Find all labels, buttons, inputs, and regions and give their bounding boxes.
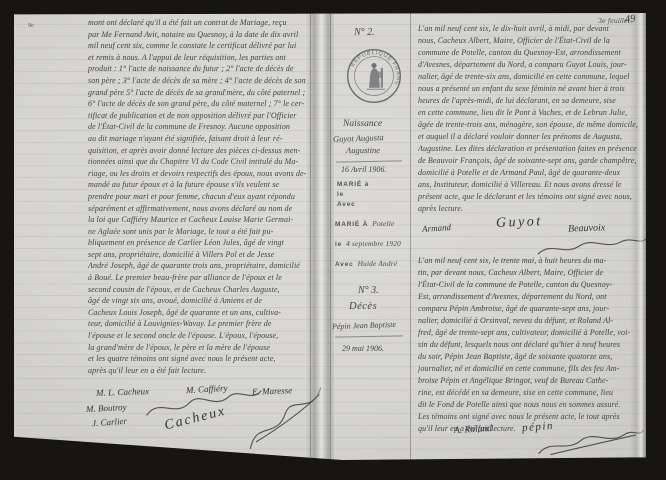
marriage-spouse: Huide André xyxy=(358,259,398,268)
birth-date: 16 Avril 1906. xyxy=(341,165,386,174)
page-edge-line xyxy=(310,13,311,460)
signature: pépin xyxy=(522,420,555,434)
le-label: le xyxy=(335,241,342,248)
manuscript-line: présent acte, que le déclarant et les té… xyxy=(418,191,648,203)
manuscript-line: du soir, Pépin Jean Baptiste, âgé de soi… xyxy=(418,351,648,363)
manuscript-line: ans, Instituteur, domicilié à Villereau.… xyxy=(418,179,648,191)
manuscript-line: en cette commune, lieu dit le Pont à Vac… xyxy=(418,107,648,119)
avec-label: Avec xyxy=(337,201,369,208)
manuscript-line: prendre pour mari et pour femme, chacun … xyxy=(88,191,312,203)
signature: A. Roland xyxy=(454,424,492,436)
manuscript-line: grand père 5° l'acte de décès de sa gran… xyxy=(88,87,312,99)
birth-act-text: L'an mil neuf cent six, le dix-huit avri… xyxy=(418,23,648,215)
signature: M. Boutroy xyxy=(86,402,127,414)
manuscript-line: broise Pépin et Angélique Bringot, veuf … xyxy=(418,375,648,387)
manuscript-line: André Joseph, âgé de quarante trois ans,… xyxy=(88,260,312,272)
manuscript-line: son père ; 3° l'acte de décès de sa mère… xyxy=(88,75,312,87)
manuscript-line: la grand'mère de l'époux, le père et la … xyxy=(88,342,312,354)
le-label: le xyxy=(337,191,369,198)
manuscript-line: dit le Fond de Potelle ainsi que nous no… xyxy=(418,399,648,411)
margin-divider xyxy=(335,335,403,337)
death-act-text: L'an mil neuf cent six, le trente mai, à… xyxy=(418,255,648,435)
manuscript-line: comparu Pépin Ambroise, âgé de quarante-… xyxy=(418,303,648,315)
manuscript-line: mil neuf cent six, comme le constate le … xyxy=(88,40,312,52)
marriage-act-text: mont ont déclaré qu'il a été fait un con… xyxy=(88,17,312,376)
birth-record-label: Naissance xyxy=(343,119,382,129)
manuscript-line: ne Aglaée sont unis par le Mariage, le t… xyxy=(88,226,312,238)
death-record-label: Décès xyxy=(349,301,377,312)
manuscript-line: tificat de publication et de non opposit… xyxy=(88,110,312,122)
manuscript-line: second cousin de l'époux, et de Cacheux … xyxy=(88,284,312,296)
manuscript-line: à Boué. Le premier beau-frère par allian… xyxy=(88,272,312,284)
manuscript-line: la loi que Caffiéry Maurice et Cacheux L… xyxy=(88,214,312,226)
republique-francaise-seal-stamp: RÉPUBLIQUE FRANÇAISE xyxy=(345,47,403,105)
manuscript-line: heures de l'après-midi, de lui déclarant… xyxy=(418,95,648,107)
manuscript-line: bliquement en présence de Carlier Léon J… xyxy=(88,237,312,249)
manuscript-line: âgé de vingt six ans, avoué, domicilié à… xyxy=(88,295,312,307)
manuscript-line: riage, ou les droits et devoirs respecti… xyxy=(88,168,312,180)
manuscript-line: domicilié à Potelle et de Armand Paul, â… xyxy=(418,167,648,179)
seal-figure-head xyxy=(371,63,376,68)
page-edge-line xyxy=(330,13,331,460)
left-corner-mark: 9e xyxy=(28,23,34,29)
birth-name-line2: Augustine xyxy=(346,145,380,155)
marriage-stamp-blank: MARIÉ à le Avec xyxy=(337,181,369,208)
margin-divider xyxy=(336,160,402,162)
margin-column: N° 2. RÉPUBLIQUE FRANÇAISE Naissance Guy… xyxy=(332,13,411,460)
left-page: mont ont déclaré qu'il a été fait un con… xyxy=(88,17,312,382)
manuscript-line: par Me Fernand Avit, notaire au Quesnoy,… xyxy=(88,29,312,41)
manuscript-line: fred, âgé de trente-sept ans, cultivateu… xyxy=(418,327,648,339)
manuscript-line: l'épouse et le second oncle de l'épouse.… xyxy=(88,330,312,342)
death-date: 29 mai 1906. xyxy=(342,344,384,353)
manuscript-line: journalier, né et domicilié en cette com… xyxy=(418,363,648,375)
manuscript-line: mandé au futur époux et à la future épou… xyxy=(88,179,312,191)
signature: M. L. Cacheux xyxy=(96,386,149,398)
marriage-place: Potelle xyxy=(372,219,394,228)
manuscript-line: quisition, et après avoir donné lecture … xyxy=(88,145,312,157)
manuscript-line: l'État-Civil de la commune de Potelle, c… xyxy=(418,279,648,291)
manuscript-line: teur, domicilié à Louvignies-Wavay. Le p… xyxy=(88,318,312,330)
register-paper: 9e mont ont déclaré qu'il a été fait un … xyxy=(14,13,646,460)
manuscript-line: Augustine. Les dites déclaration et prés… xyxy=(418,143,648,155)
manuscript-line: au dit mariage n'ayant été signifiée, fa… xyxy=(88,133,312,145)
act-number-2: N° 2. xyxy=(354,27,375,38)
manuscript-line: nous, Cacheux Albert, Maire, Officier de… xyxy=(418,35,648,47)
manuscript-line: et remis à nous. A l'appui de leur réqui… xyxy=(88,52,312,64)
marriage-stamp-filled: MARIÉ À Potelle le 4 septembre 1920 Avec… xyxy=(335,213,401,271)
manuscript-line: Est, arrondissement d'Avesnes, départeme… xyxy=(418,291,648,303)
marie-label: MARIÉ À xyxy=(335,221,368,228)
manuscript-line: séparément et affirmativement, nous avon… xyxy=(88,203,312,215)
scanned-register-page: 9e mont ont déclaré qu'il a été fait un … xyxy=(0,0,666,480)
manuscript-line: après qu'il leur en a été fait lecture. xyxy=(88,365,312,377)
paper-stack-edge xyxy=(630,13,646,460)
manuscript-line: sept ans, propriétaire, domicilié à Vill… xyxy=(88,249,312,261)
manuscript-line: de l'État-Civil de la commune de Fresnoy… xyxy=(88,121,312,133)
manuscript-line: mont ont déclaré qu'il a été fait un con… xyxy=(88,17,312,29)
manuscript-line: rine, est décédé en sa demeure, sise en … xyxy=(418,387,648,399)
manuscript-line: commune de Potelle, canton du Quesnoy-Es… xyxy=(418,47,648,59)
manuscript-line: tionnées ainsi que du Chapitre VI du Cod… xyxy=(88,156,312,168)
manuscript-line: et les quatre témoins ont signé avec nou… xyxy=(88,353,312,365)
signature: Guyot xyxy=(496,214,543,232)
signature: Beauvoix xyxy=(568,222,606,234)
manuscript-line: et auquel il a déclaré vouloir donner le… xyxy=(418,131,648,143)
signature: Armand xyxy=(422,222,452,234)
manuscript-line: nalier, domicilié à Orsinval, neveu du d… xyxy=(418,315,648,327)
manuscript-line: produit : 1° l'acte de naissance du futu… xyxy=(88,63,312,75)
act-number-3: N° 3. xyxy=(358,285,379,296)
seal-tablet xyxy=(378,71,383,77)
right-page: 3e feuillet. 49 L'an mil neuf cent six, … xyxy=(418,13,648,460)
manuscript-line: Cacheux Louis Joseph, âgé de quarante et… xyxy=(88,307,312,319)
manuscript-line: L'an mil neuf cent six, le dix-huit avri… xyxy=(418,23,648,35)
avec-label: Avec xyxy=(335,261,354,268)
marriage-date: 4 septembre 1920 xyxy=(346,239,401,248)
manuscript-line: de Beauvoir François, âgé de soixante-se… xyxy=(418,155,648,167)
manuscript-line: après lecture. xyxy=(418,203,648,215)
manuscript-line: d'Avesnes, département du Nord, a compar… xyxy=(418,59,648,71)
manuscript-line: âgée de trente-trois ans, ménagère, son … xyxy=(418,119,648,131)
birth-name-line1: Guyot Augusta xyxy=(333,132,384,144)
manuscript-line: nous a présenté un enfant du sexe fémini… xyxy=(418,83,648,95)
manuscript-line: L'an mil neuf cent six, le trente mai, à… xyxy=(418,255,648,267)
marie-label: MARIÉ à xyxy=(337,181,369,188)
death-name: Pépin Jean Baptiste xyxy=(332,320,396,331)
manuscript-line: tin, par devant nous, Cacheux Albert, Ma… xyxy=(418,267,648,279)
manuscript-line: nalier, âgé de trente-six ans, domicilié… xyxy=(418,71,648,83)
manuscript-line: sin du défunt, lesquels nous ont déclaré… xyxy=(418,339,648,351)
manuscript-line: 6° l'acte de décès de son grand père, du… xyxy=(88,98,312,110)
